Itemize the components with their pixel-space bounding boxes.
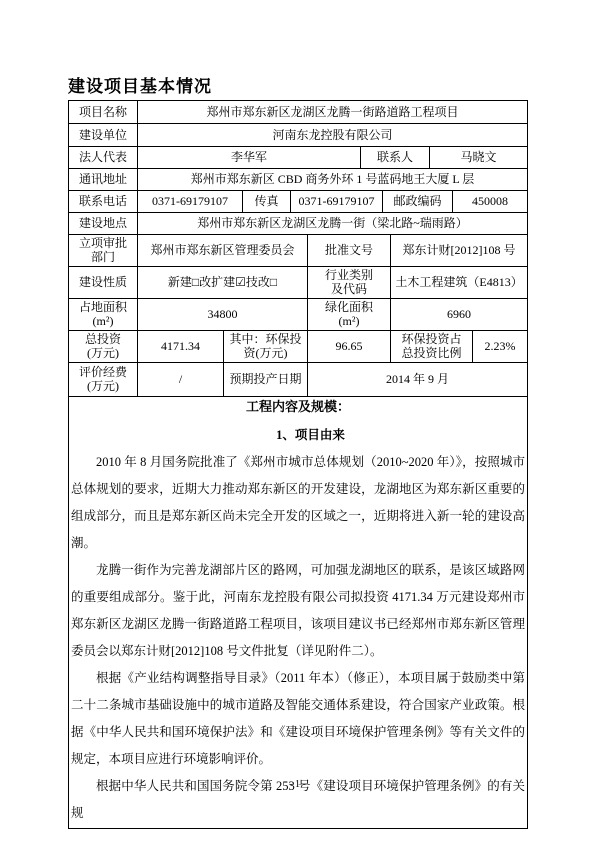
table-row: 工程内容及规模： 1、项目由来 2010 年 8 月国务院批准了《郑州市城市总体… xyxy=(69,396,528,828)
document-page: 建设项目基本情况 项目名称 郑州市郑东新区龙湖区龙腾一街路道路工程项目 建设单位… xyxy=(0,0,595,842)
document-title: 建设项目基本情况 xyxy=(68,72,212,97)
approval-doc-label: 批准文号 xyxy=(308,235,391,267)
project-name-label: 项目名称 xyxy=(69,101,138,124)
table-row: 建设单位 河南东龙控股有限公司 xyxy=(69,124,528,147)
legal-rep-label: 法人代表 xyxy=(69,147,138,169)
address-label: 通讯地址 xyxy=(69,169,138,191)
fax-label: 传真 xyxy=(243,191,291,213)
project-name-value: 郑州市郑东新区龙湖区龙腾一街路道路工程项目 xyxy=(138,101,528,124)
green-area-label: 绿化面积 (m²) xyxy=(308,298,391,330)
fax-value: 0371-69179107 xyxy=(291,191,383,213)
phone-label: 联系电话 xyxy=(69,191,138,213)
subsection-heading: 1、项目由来 xyxy=(71,422,525,449)
table-row: 联系电话 0371-69179107 传真 0371-69179107 邮政编码… xyxy=(69,191,528,213)
table-row: 通讯地址 郑州市郑东新区 CBD 商务外环 1 号蓝码地王大厦 L 层 xyxy=(69,169,528,191)
env-investment-label: 其中：环保投 资(万元) xyxy=(224,330,308,362)
total-investment-label: 总投资 (万元) xyxy=(69,330,138,362)
env-ratio-value: 2.23% xyxy=(473,330,528,362)
builder-label: 建设单位 xyxy=(69,124,138,147)
postcode-label: 邮政编码 xyxy=(383,191,453,213)
prod-date-label: 预期投产日期 xyxy=(224,362,308,396)
env-investment-value: 96.65 xyxy=(308,330,391,362)
postcode-value: 450008 xyxy=(453,191,528,213)
project-info-table: 项目名称 郑州市郑东新区龙湖区龙腾一街路道路工程项目 建设单位 河南东龙控股有限… xyxy=(68,100,528,829)
contact-value: 马晓文 xyxy=(430,147,528,169)
land-area-value: 34800 xyxy=(138,298,308,330)
site-label: 建设地点 xyxy=(69,213,138,235)
approval-dept-value: 郑州市郑东新区管理委员会 xyxy=(138,235,308,267)
eval-fee-value: / xyxy=(138,362,224,396)
table-row: 立项审批 部门 郑州市郑东新区管理委员会 批准文号 郑东计财[2012]108 … xyxy=(69,235,528,267)
land-area-label: 占地面积 (m²) xyxy=(69,298,138,330)
body-paragraph: 根据《产业结构调整指导目录》（2011 年本）（修正），本项目属于鼓励类中第二十… xyxy=(71,665,525,773)
legal-rep-value: 李华军 xyxy=(138,147,361,169)
body-paragraph: 2010 年 8 月国务院批准了《郑州市城市总体规划（2010~2020 年）》… xyxy=(71,449,525,557)
table-row: 总投资 (万元) 4171.34 其中：环保投 资(万元) 96.65 环保投资… xyxy=(69,330,528,362)
nature-label: 建设性质 xyxy=(69,266,138,298)
table-row: 项目名称 郑州市郑东新区龙湖区龙腾一街路道路工程项目 xyxy=(69,101,528,124)
site-value: 郑州市郑东新区龙湖区龙腾一街（梁北路~瑞雨路） xyxy=(138,213,528,235)
total-investment-value: 4171.34 xyxy=(138,330,224,362)
project-content-section: 工程内容及规模： 1、项目由来 2010 年 8 月国务院批准了《郑州市城市总体… xyxy=(69,396,528,828)
eval-fee-label: 评价经费 (万元) xyxy=(69,362,138,396)
table-row: 法人代表 李华军 联系人 马晓文 xyxy=(69,147,528,169)
industry-value: 土木工程建筑（E4813） xyxy=(391,266,528,298)
approval-doc-value: 郑东计财[2012]108 号 xyxy=(391,235,528,267)
address-value: 郑州市郑东新区 CBD 商务外环 1 号蓝码地王大厦 L 层 xyxy=(138,169,528,191)
table-row: 建设性质 新建□改扩建☑技改□ 行业类别 及代码 土木工程建筑（E4813） xyxy=(69,266,528,298)
table-row: 建设地点 郑州市郑东新区龙湖区龙腾一街（梁北路~瑞雨路） xyxy=(69,213,528,235)
contact-label: 联系人 xyxy=(361,147,430,169)
prod-date-value: 2014 年 9 月 xyxy=(308,362,528,396)
section-heading: 工程内容及规模： xyxy=(71,398,525,416)
builder-value: 河南东龙控股有限公司 xyxy=(138,124,528,147)
nature-checkboxes: 新建□改扩建☑技改□ xyxy=(138,266,308,298)
table-row: 占地面积 (m²) 34800 绿化面积 (m²) 6960 xyxy=(69,298,528,330)
page-number: - 1 - xyxy=(0,779,595,790)
industry-label: 行业类别 及代码 xyxy=(308,266,391,298)
table-row: 评价经费 (万元) / 预期投产日期 2014 年 9 月 xyxy=(69,362,528,396)
phone-value: 0371-69179107 xyxy=(138,191,243,213)
green-area-value: 6960 xyxy=(391,298,528,330)
approval-dept-label: 立项审批 部门 xyxy=(69,235,138,267)
body-paragraph: 龙腾一街作为完善龙湖部片区的路网，可加强龙湖地区的联系，是该区域路网的重要组成部… xyxy=(71,557,525,665)
env-ratio-label: 环保投资占 总投资比例 xyxy=(391,330,473,362)
